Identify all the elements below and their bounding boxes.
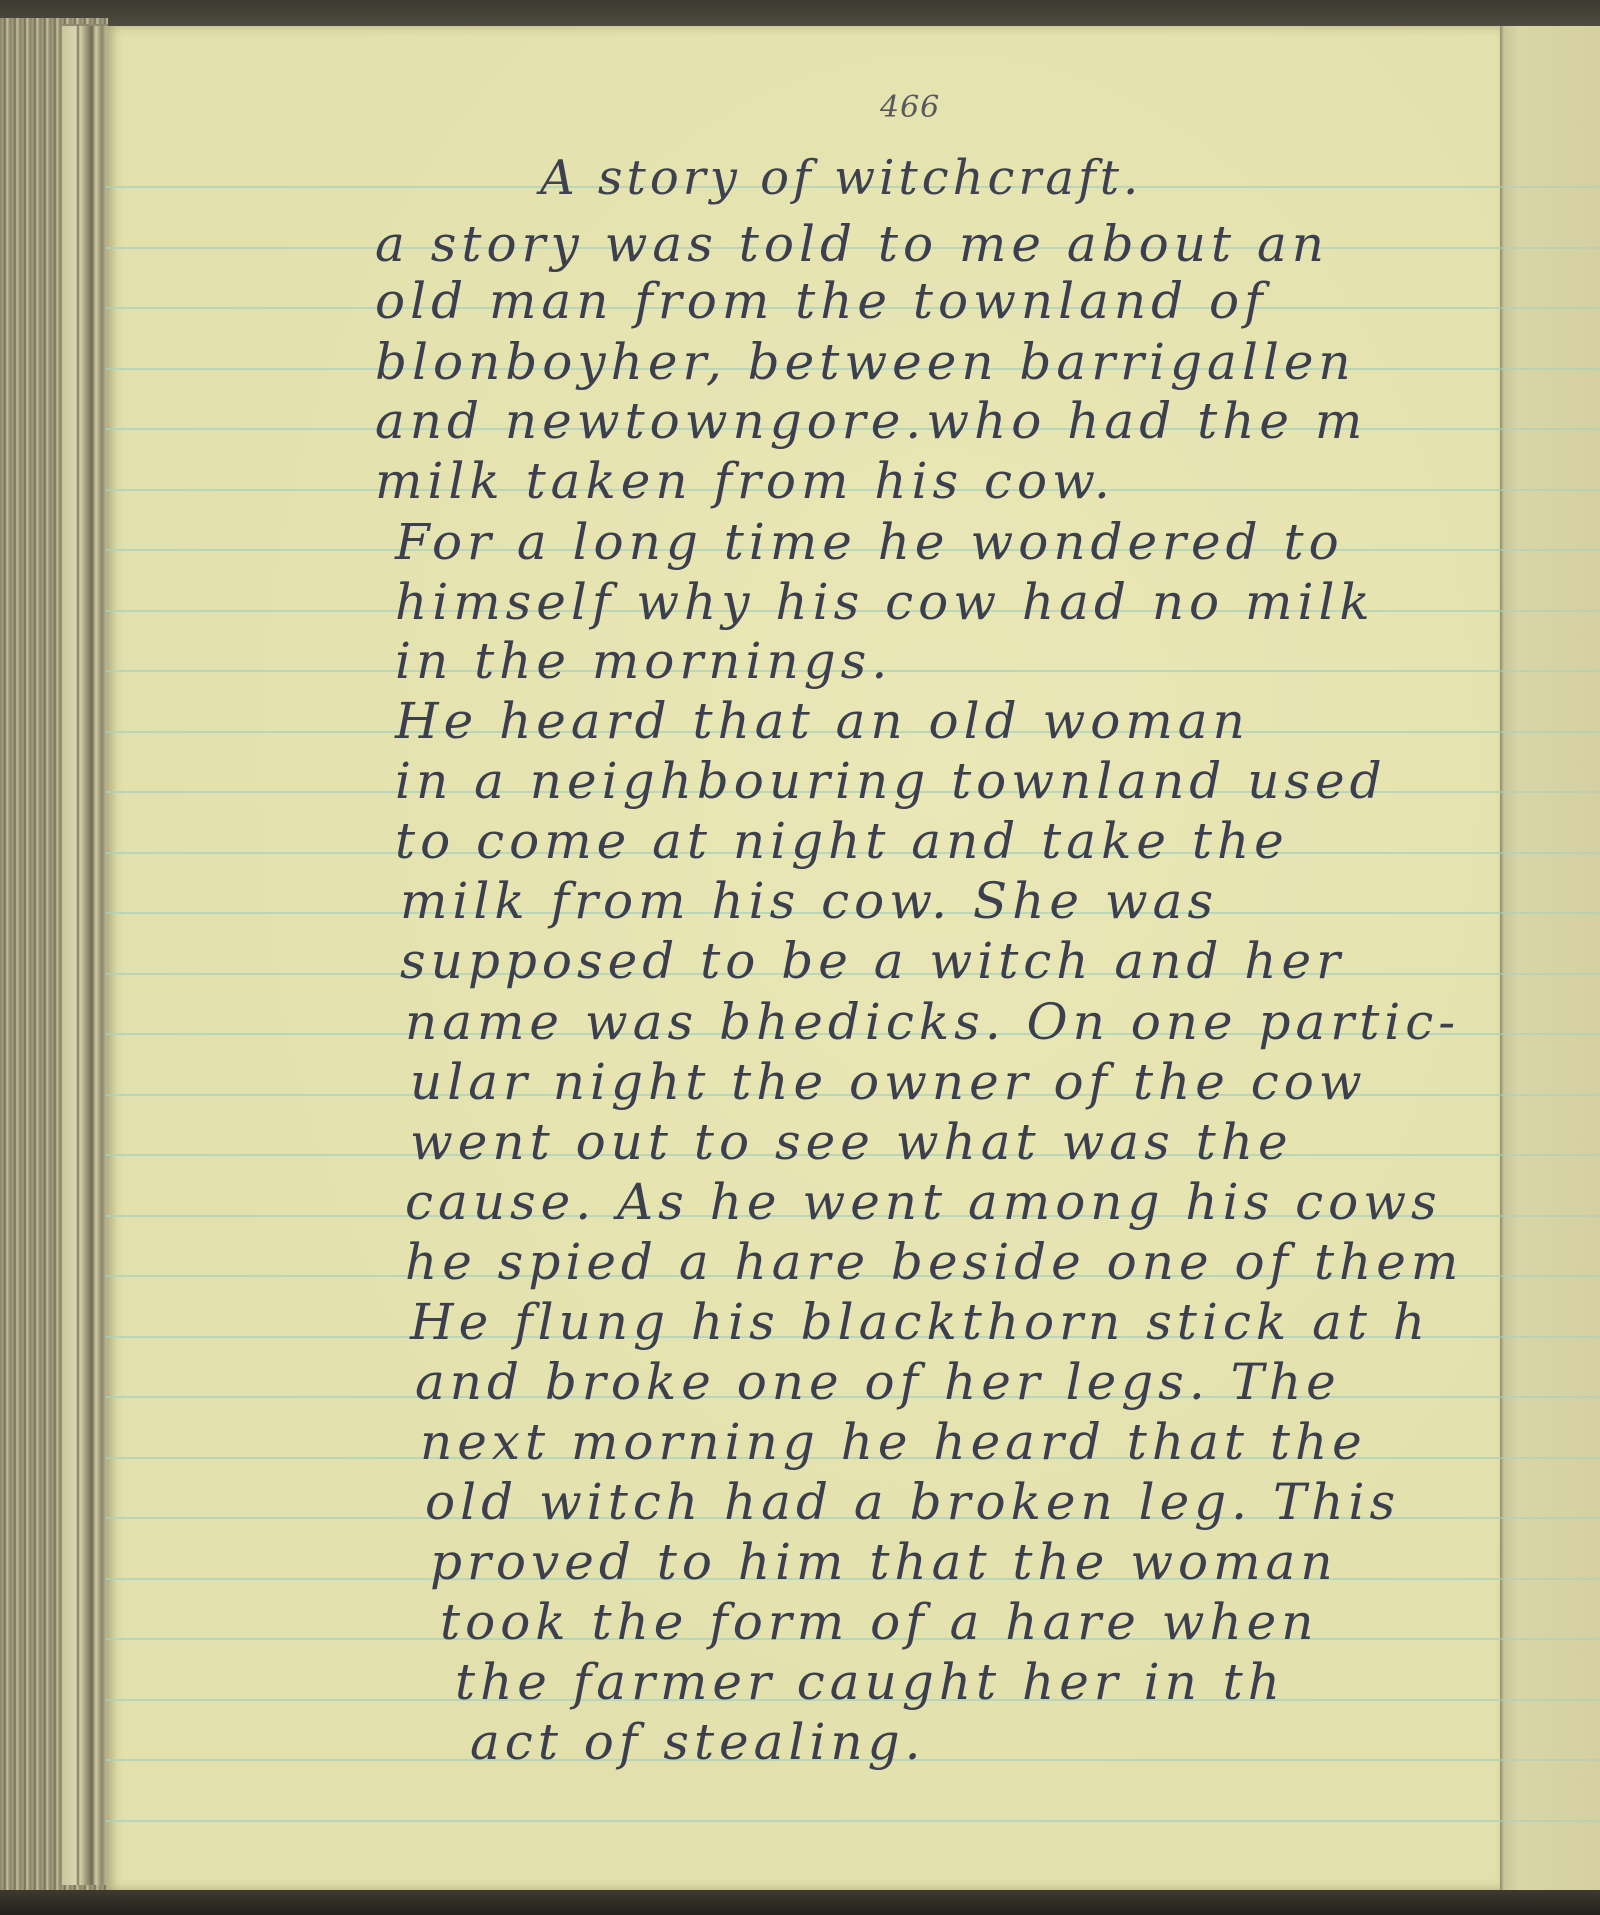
book-bottom-edge xyxy=(0,1890,1600,1915)
ruled-line xyxy=(1500,1699,1600,1701)
ruled-line xyxy=(1500,973,1600,975)
ruled-line xyxy=(1500,1154,1600,1156)
page-stack-inner xyxy=(62,24,108,1885)
text-line: the farmer caught her in th xyxy=(455,1653,1285,1711)
facing-page-edge xyxy=(1500,26,1600,1890)
ruled-line xyxy=(1500,307,1600,309)
ruled-line xyxy=(1500,549,1600,551)
text-line: and broke one of her legs. The xyxy=(415,1353,1341,1411)
story-title: A story of witchcraft. xyxy=(540,150,1142,206)
ruled-line xyxy=(1500,1578,1600,1580)
text-line: For a long time he wondered to xyxy=(395,513,1344,571)
ruled-line xyxy=(1500,428,1600,430)
text-line: a story was told to me about an xyxy=(375,215,1329,273)
ruled-line xyxy=(1500,247,1600,249)
text-line: milk taken from his cow. xyxy=(375,452,1115,510)
ruled-line xyxy=(1500,1336,1600,1338)
ruled-line xyxy=(1500,1396,1600,1398)
ruled-line xyxy=(1500,368,1600,370)
text-line: and newtowngore.who had the m xyxy=(375,392,1367,450)
ruled-line xyxy=(1500,610,1600,612)
text-line: himself why his cow had no milk xyxy=(395,573,1375,631)
text-line: in a neighbouring townland used xyxy=(395,752,1387,810)
text-line: in the mornings. xyxy=(395,632,892,690)
ruled-line xyxy=(106,1820,1500,1822)
ruled-line xyxy=(1500,1517,1600,1519)
text-line: act of stealing. xyxy=(470,1713,926,1771)
ruled-line xyxy=(1500,670,1600,672)
ruled-line xyxy=(1500,1033,1600,1035)
text-line: blonboyher, between barrigallen xyxy=(375,333,1356,391)
ruled-line xyxy=(1500,731,1600,733)
text-line: took the form of a hare when xyxy=(440,1593,1318,1651)
ruled-line xyxy=(1500,1457,1600,1459)
ruled-line xyxy=(1500,852,1600,854)
page-stack-edge xyxy=(0,18,108,1893)
ruled-line xyxy=(1500,489,1600,491)
ruled-line xyxy=(1500,1275,1600,1277)
ruled-line xyxy=(1500,791,1600,793)
text-line: went out to see what was the xyxy=(410,1113,1293,1171)
text-line: He heard that an old woman xyxy=(395,692,1250,750)
ruled-line xyxy=(1500,1215,1600,1217)
ruled-line xyxy=(1500,1820,1600,1822)
text-line: old man from the townland of xyxy=(375,272,1268,330)
text-line: proved to him that the woman xyxy=(430,1533,1338,1591)
ruled-line xyxy=(1500,1759,1600,1761)
text-line: ular night the owner of the cow xyxy=(410,1053,1367,1111)
text-line: milk from his cow. She was xyxy=(400,872,1218,930)
text-line: to come at night and take the xyxy=(395,812,1289,870)
text-line: name was bhedicks. On one partic- xyxy=(405,993,1460,1051)
book-top-edge xyxy=(0,0,1600,26)
page-number: 466 xyxy=(880,90,940,125)
ruled-line xyxy=(1500,1094,1600,1096)
text-line: old witch had a broken leg. This xyxy=(425,1473,1400,1531)
text-line: he spied a hare beside one of them xyxy=(405,1233,1463,1291)
text-line: He flung his blackthorn stick at h xyxy=(410,1293,1430,1351)
ruled-line xyxy=(1500,1638,1600,1640)
ruled-line xyxy=(1500,912,1600,914)
text-line: supposed to be a witch and her xyxy=(400,932,1345,990)
text-line: next morning he heard that the xyxy=(420,1413,1367,1471)
text-line: cause. As he went among his cows xyxy=(405,1173,1442,1231)
ruled-line xyxy=(1500,186,1600,188)
